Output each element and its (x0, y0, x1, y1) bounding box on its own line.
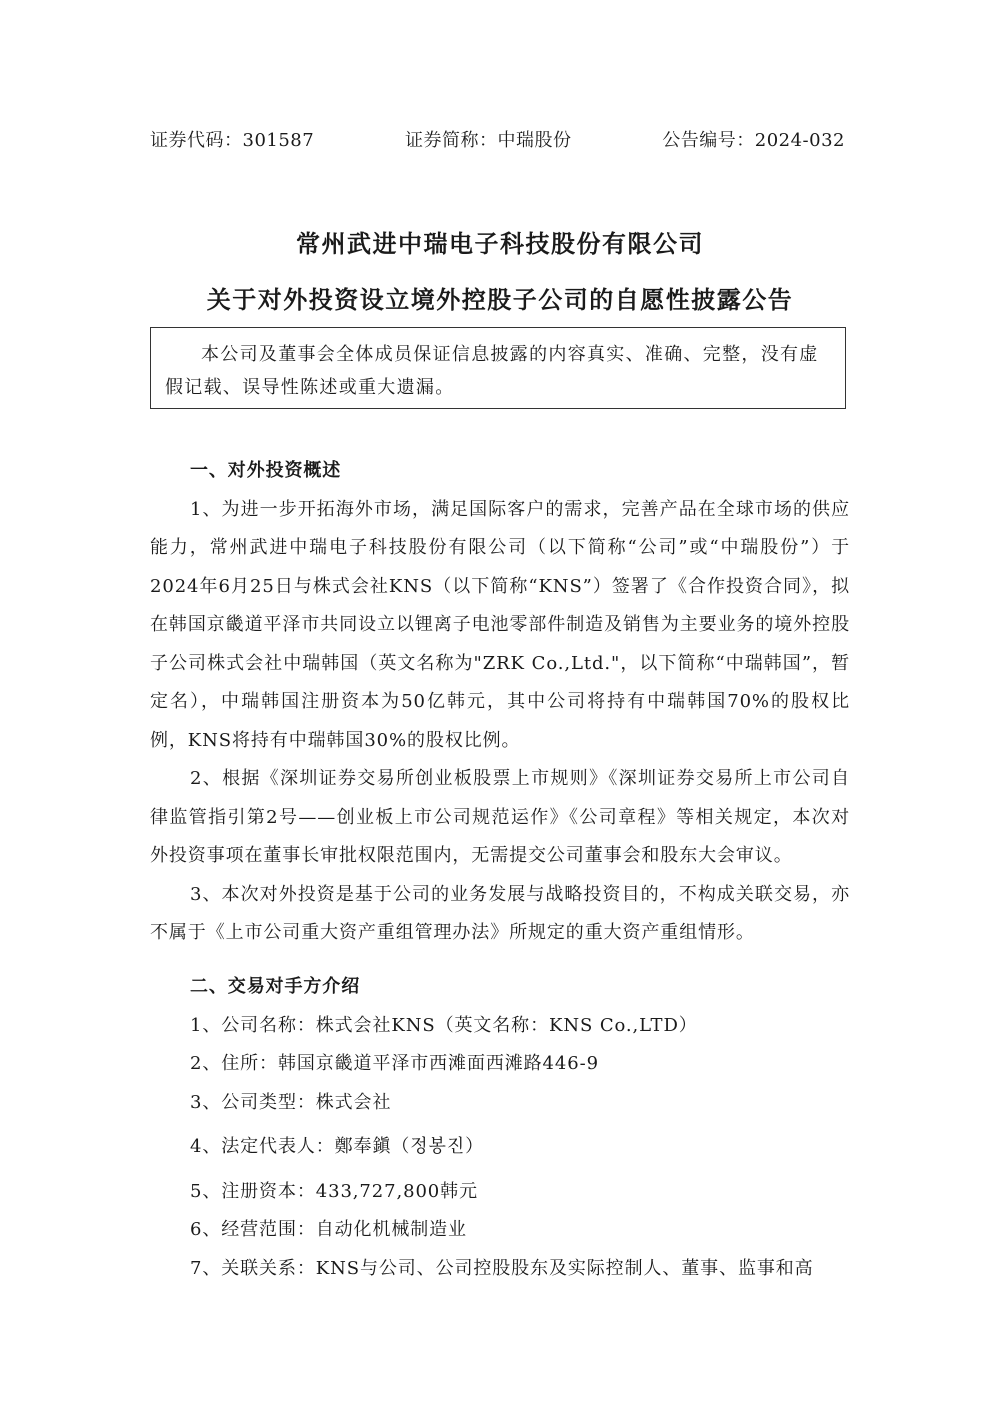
list-item: 5、注册资本：433,727,800韩元 (150, 1173, 850, 1212)
section-counterparty-intro: 二、交易对手方介绍 1、公司名称：株式会社KNS（英文名称：KNS Co.,LT… (150, 968, 850, 1288)
announcement-title: 关于对外投资设立境外控股子公司的自愿性披露公告 (0, 280, 1000, 315)
section-heading: 二、交易对手方介绍 (150, 968, 850, 1007)
list-item: 7、关联关系：KNS与公司、公司控股股东及实际控制人、董事、监事和高 (150, 1250, 850, 1289)
disclaimer-box: 本公司及董事会全体成员保证信息披露的内容真实、准确、完整，没有虚假记载、误导性陈… (150, 327, 846, 409)
announcement-number: 公告编号：2024-032 (662, 128, 845, 154)
document-page: 证券代码：301587 证券简称：中瑞股份 公告编号：2024-032 常州武进… (0, 0, 1000, 1414)
paragraph: 2、根据《深圳证券交易所创业板股票上市规则》《深圳证券交易所上市公司自律监管指引… (150, 760, 850, 876)
paragraph: 1、为进一步开拓海外市场，满足国际客户的需求，完善产品在全球市场的供应能力，常州… (150, 491, 850, 761)
list-item: 4、法定代表人：鄭奉鎭（정봉진） (150, 1128, 850, 1167)
list-item: 1、公司名称：株式会社KNS（英文名称：KNS Co.,LTD） (150, 1007, 850, 1046)
list-item: 2、住所：韩国京畿道平泽市西滩面西滩路446-9 (150, 1045, 850, 1084)
company-name-title: 常州武进中瑞电子科技股份有限公司 (0, 224, 1000, 259)
document-header: 证券代码：301587 证券简称：中瑞股份 公告编号：2024-032 (150, 128, 845, 154)
paragraph: 3、本次对外投资是基于公司的业务发展与战略投资目的，不构成关联交易，亦不属于《上… (150, 876, 850, 953)
list-item: 6、经营范围：自动化机械制造业 (150, 1211, 850, 1250)
section-heading: 一、对外投资概述 (150, 452, 850, 491)
stock-code: 证券代码：301587 (150, 128, 314, 154)
stock-abbreviation: 证券简称：中瑞股份 (405, 128, 572, 154)
section-investment-overview: 一、对外投资概述 1、为进一步开拓海外市场，满足国际客户的需求，完善产品在全球市… (150, 452, 850, 953)
list-item: 3、公司类型：株式会社 (150, 1084, 850, 1123)
